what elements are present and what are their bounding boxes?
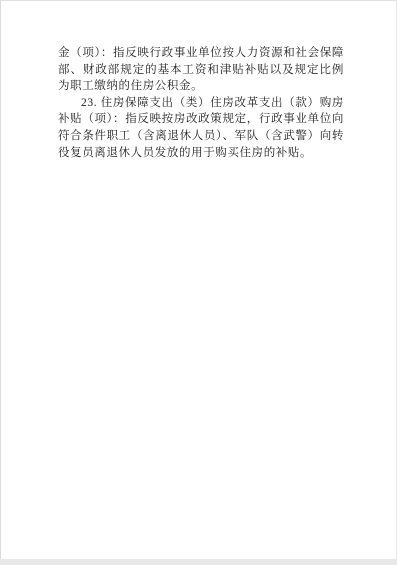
document-page: 金（项）：指反映行政事业单位按人力资源和社会保障部、财政部规定的基本工资和津贴补… <box>0 0 396 559</box>
document-text-block: 金（项）：指反映行政事业单位按人力资源和社会保障部、财政部规定的基本工资和津贴补… <box>58 45 344 161</box>
paragraph-housing-fund-continuation: 金（项）：指反映行政事业单位按人力资源和社会保障部、财政部规定的基本工资和津贴补… <box>58 45 344 95</box>
paragraph-item-23: 23. 住房保障支出（类）住房改革支出（款）购房补贴（项）：指反映按房改政策规定… <box>58 95 344 161</box>
